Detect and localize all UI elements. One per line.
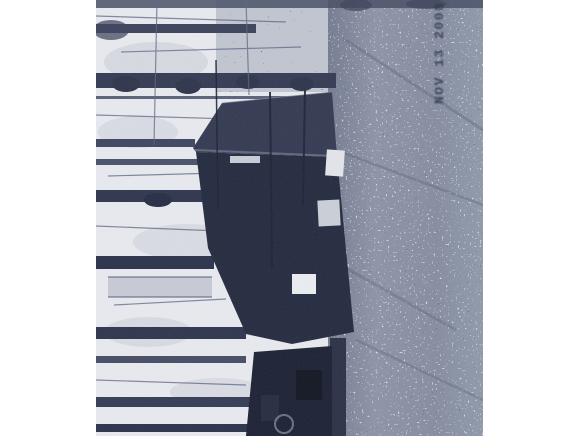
photograph: NOV 13 2008 [96, 0, 483, 436]
photo-scene: NOV 13 2008 [96, 0, 483, 436]
scan-page: NOV 13 2008 [0, 0, 580, 436]
grain-overlay [96, 0, 483, 436]
